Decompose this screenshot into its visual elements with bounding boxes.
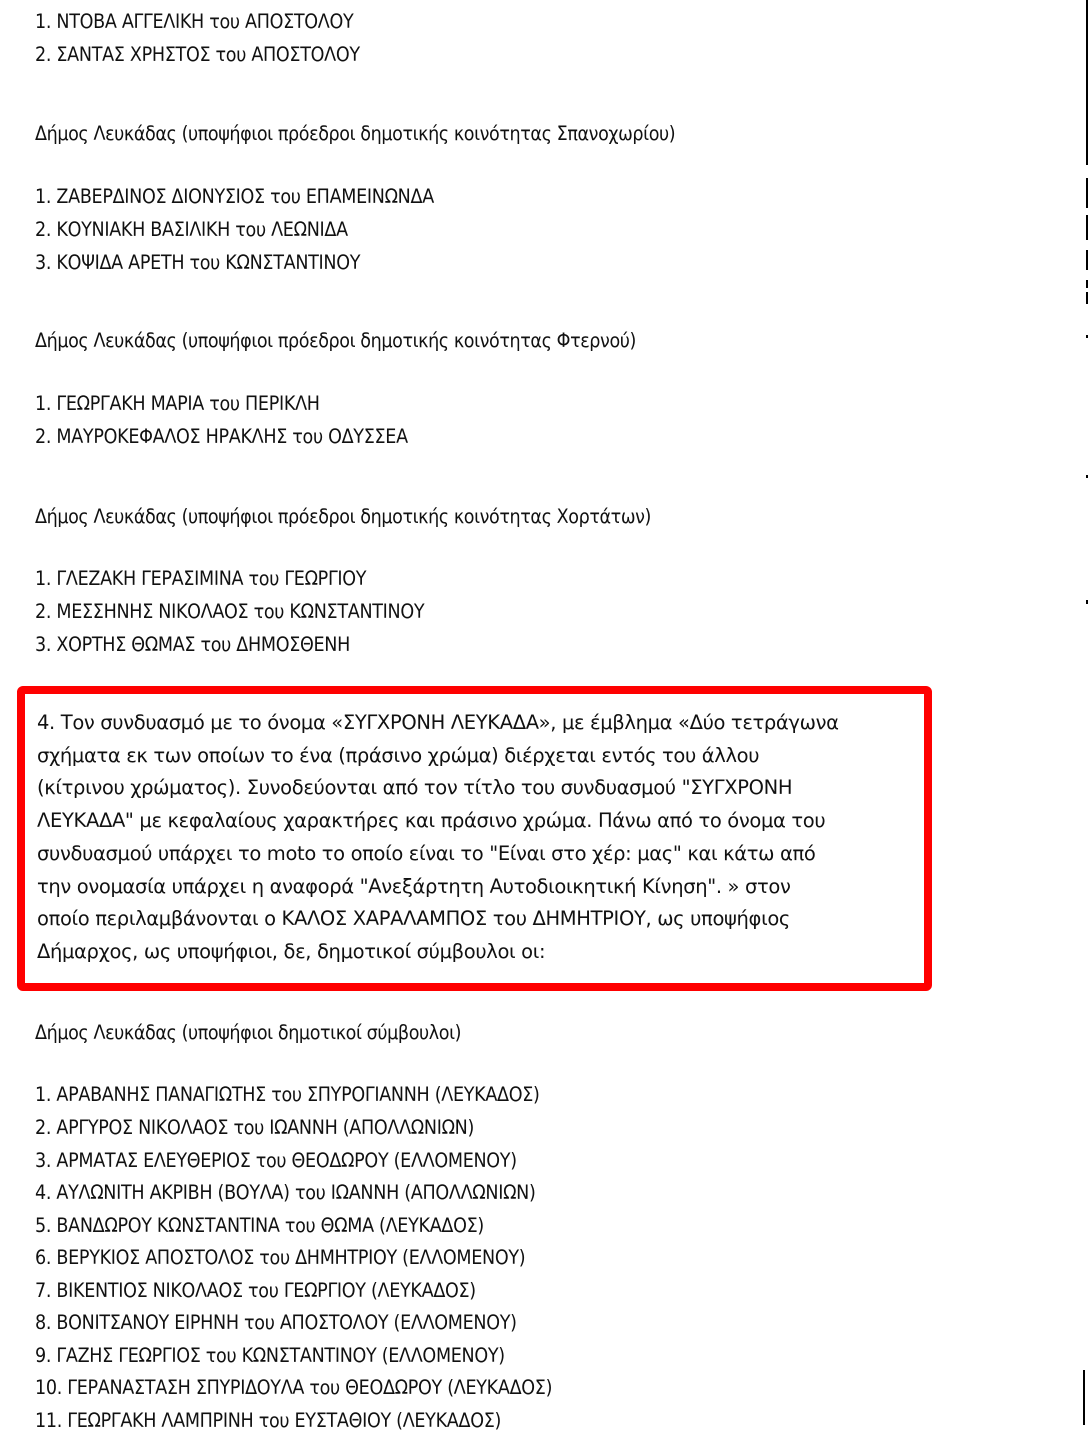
page-edge-mark bbox=[1083, 1370, 1085, 1425]
section-heading-fterno: Δήμος Λευκάδας (υποψήφιοι πρόεδροι δημοτ… bbox=[35, 329, 636, 353]
list-item: 3. ΚΟΨΙΔΑ ΑΡΕΤΗ του ΚΩΝΣΤΑΝΤΙΝΟΥ bbox=[35, 251, 360, 275]
section-heading-councillors: Δήμος Λευκάδας (υποψήφιοι δημοτικοί σύμβ… bbox=[35, 1021, 461, 1045]
list-item: 10. ΓΕΡΑΝΑΣΤΑΣΗ ΣΠΥΡΙΔΟΥΛΑ του ΘΕΟΔΩΡΟΥ … bbox=[35, 1376, 552, 1400]
paragraph-line: συνδυασμού υπάρχει το moto το οποίο είνα… bbox=[37, 842, 815, 866]
section-heading-spanochori: Δήμος Λευκάδας (υποψήφιοι πρόεδροι δημοτ… bbox=[35, 122, 675, 146]
paragraph-line: 4. Τον συνδυασμό με το όνομα «ΣΥΓΧΡΟΝΗ Λ… bbox=[37, 711, 839, 735]
list-item: 1. ΝΤΟΒΑ ΑΓΓΕΛΙΚΗ του ΑΠΟΣΤΟΛΟΥ bbox=[35, 10, 353, 34]
list-item: 2. ΜΑΥΡΟΚΕΦΑΛΟΣ ΗΡΑΚΛΗΣ του ΟΔΥΣΣΕΑ bbox=[35, 425, 408, 449]
list-item: 3. ΑΡΜΑΤΑΣ ΕΛΕΥΘΕΡΙΟΣ του ΘΕΟΔΩΡΟΥ (ΕΛΛΟ… bbox=[35, 1149, 517, 1173]
list-item: 2. ΜΕΣΣΗΝΗΣ ΝΙΚΟΛΑΟΣ του ΚΩΝΣΤΑΝΤΙΝΟΥ bbox=[35, 600, 424, 624]
paragraph-line: οποίο περιλαμβάνονται ο ΚΑΛΟΣ ΧΑΡΑΛΑΜΠΟΣ… bbox=[37, 907, 790, 931]
list-item: 1. ΓΕΩΡΓΑΚΗ ΜΑΡΙΑ του ΠΕΡΙΚΛΗ bbox=[35, 392, 320, 416]
list-item: 1. ΓΛΕΖΑΚΗ ΓΕΡΑΣΙΜΙΝΑ του ΓΕΩΡΓΙΟΥ bbox=[35, 567, 366, 591]
paragraph-line: ΛΕΥΚΑΔΑ" με κεφαλαίους χαρακτήρες και πρ… bbox=[37, 809, 825, 833]
list-item: 3. ΧΟΡΤΗΣ ΘΩΜΑΣ του ΔΗΜΟΣΘΕΝΗ bbox=[35, 633, 350, 657]
list-item: 8. ΒΟΝΙΤΣΑΝΟΥ ΕΙΡΗΝΗ του ΑΠΟΣΤΟΛΟΥ (ΕΛΛΟ… bbox=[35, 1311, 517, 1335]
list-item: 1. ΖΑΒΕΡΔΙΝΟΣ ΔΙΟΝΥΣΙΟΣ του ΕΠΑΜΕΙΝΩΝΔΑ bbox=[35, 185, 434, 209]
list-item: 2. ΣΑΝΤΑΣ ΧΡΗΣΤΟΣ του ΑΠΟΣΤΟΛΟΥ bbox=[35, 43, 360, 67]
list-item: 5. ΒΑΝΔΩΡΟΥ ΚΩΝΣΤΑΝΤΙΝΑ του ΘΩΜΑ (ΛΕΥΚΑΔ… bbox=[35, 1214, 484, 1238]
list-item: 11. ΓΕΩΡΓΑΚΗ ΛΑΜΠΡΙΝΗ του ΕΥΣΤΑΘΙΟΥ (ΛΕΥ… bbox=[35, 1409, 501, 1433]
list-item: 6. ΒΕΡΥΚΙΟΣ ΑΠΟΣΤΟΛΟΣ του ΔΗΜΗΤΡΙΟΥ (ΕΛΛ… bbox=[35, 1246, 525, 1270]
document-page: 1. ΝΤΟΒΑ ΑΓΓΕΛΙΚΗ του ΑΠΟΣΤΟΛΟΥ 2. ΣΑΝΤΑ… bbox=[0, 0, 1088, 1444]
paragraph-line: σχήματα εκ των οποίων το ένα (πράσινο χρ… bbox=[37, 744, 759, 768]
section-heading-chortata: Δήμος Λευκάδας (υποψήφιοι πρόεδροι δημοτ… bbox=[35, 505, 651, 529]
list-item: 7. ΒΙΚΕΝΤΙΟΣ ΝΙΚΟΛΑΟΣ του ΓΕΩΡΓΙΟΥ (ΛΕΥΚ… bbox=[35, 1279, 476, 1303]
list-item: 1. ΑΡΑΒΑΝΗΣ ΠΑΝΑΓΙΩΤΗΣ του ΣΠΥΡΟΓΙΑΝΝΗ (… bbox=[35, 1083, 540, 1107]
list-item: 4. ΑΥΛΩΝΙΤΗ ΑΚΡΙΒΗ (ΒΟΥΛΑ) του ΙΩΑΝΝΗ (Α… bbox=[35, 1181, 536, 1205]
list-item: 2. ΚΟΥΝΙΑΚΗ ΒΑΣΙΛΙΚΗ του ΛΕΩΝΙΔΑ bbox=[35, 218, 348, 242]
list-item: 2. ΑΡΓΥΡΟΣ ΝΙΚΟΛΑΟΣ του ΙΩΑΝΝΗ (ΑΠΟΛΛΩΝΙ… bbox=[35, 1116, 474, 1140]
paragraph-line: (κίτρινου χρώματος). Συνοδεύονται από το… bbox=[37, 776, 792, 800]
paragraph-line: την ονομασία υπάρχει η αναφορά "Ανεξάρτη… bbox=[37, 875, 791, 899]
list-item: 9. ΓΑΖΗΣ ΓΕΩΡΓΙΟΣ του ΚΩΝΣΤΑΝΤΙΝΟΥ (ΕΛΛΟ… bbox=[35, 1344, 505, 1368]
paragraph-line: Δήμαρχος, ως υποψήφιοι, δε, δημοτικοί σύ… bbox=[37, 940, 545, 964]
